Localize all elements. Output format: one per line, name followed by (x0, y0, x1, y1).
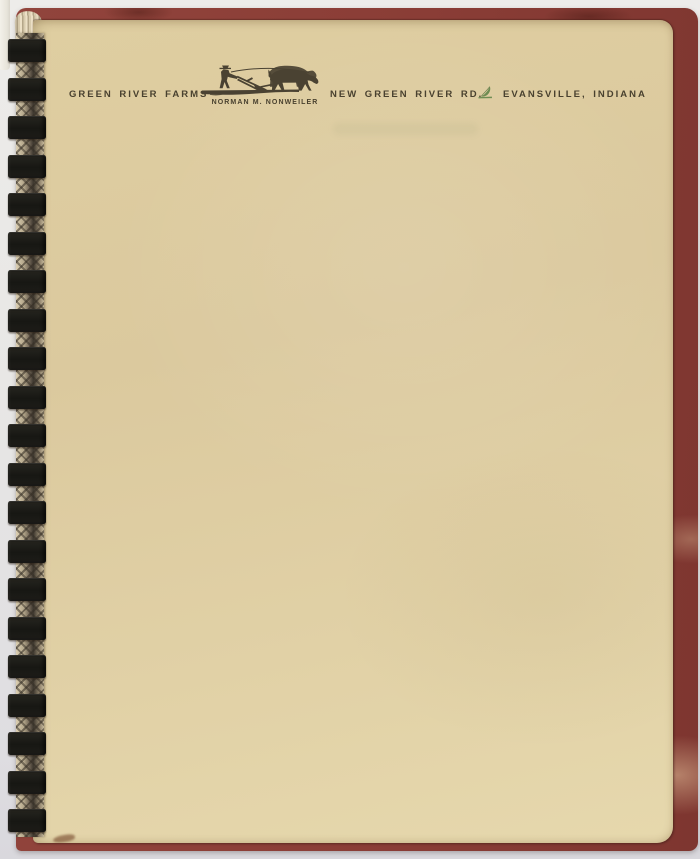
binding-tab (8, 501, 46, 524)
binding-tab (8, 116, 46, 139)
show-through-smudge (333, 123, 478, 135)
binding-tab (8, 771, 46, 794)
binding-tab (8, 347, 46, 370)
binding-tab (8, 78, 46, 101)
binding-tab (8, 39, 46, 62)
binding-tab (8, 578, 46, 601)
binding-tab (8, 193, 46, 216)
letterhead-proprietor-name: NORMAN M. NONWEILER (203, 99, 327, 106)
binding-tab (8, 232, 46, 255)
binding-tab (8, 463, 46, 486)
binding-tab (8, 617, 46, 640)
letterhead-farm-name: GREEN RIVER FARMS (69, 89, 208, 100)
binding-tab (8, 386, 46, 409)
binding-tab (8, 732, 46, 755)
plowman-with-two-horses-illustration (202, 64, 328, 98)
green-sprout-icon (477, 84, 495, 99)
binding-tab (8, 694, 46, 717)
binding-tab (8, 155, 46, 178)
letterhead-address: NEW GREEN RIVER RD. (330, 89, 483, 100)
binding-tab (8, 309, 46, 332)
binding-tab (8, 540, 46, 563)
notebook-page: GREEN RIVER FARMS (33, 20, 673, 843)
binding-tab (8, 270, 46, 293)
comb-binding (0, 0, 60, 859)
letterhead-city-state: EVANSVILLE, INDIANA (503, 89, 647, 100)
scanned-page-photo: GREEN RIVER FARMS (0, 0, 700, 859)
binding-tab (8, 655, 46, 678)
binding-tab (8, 424, 46, 447)
binding-tab (8, 809, 46, 832)
